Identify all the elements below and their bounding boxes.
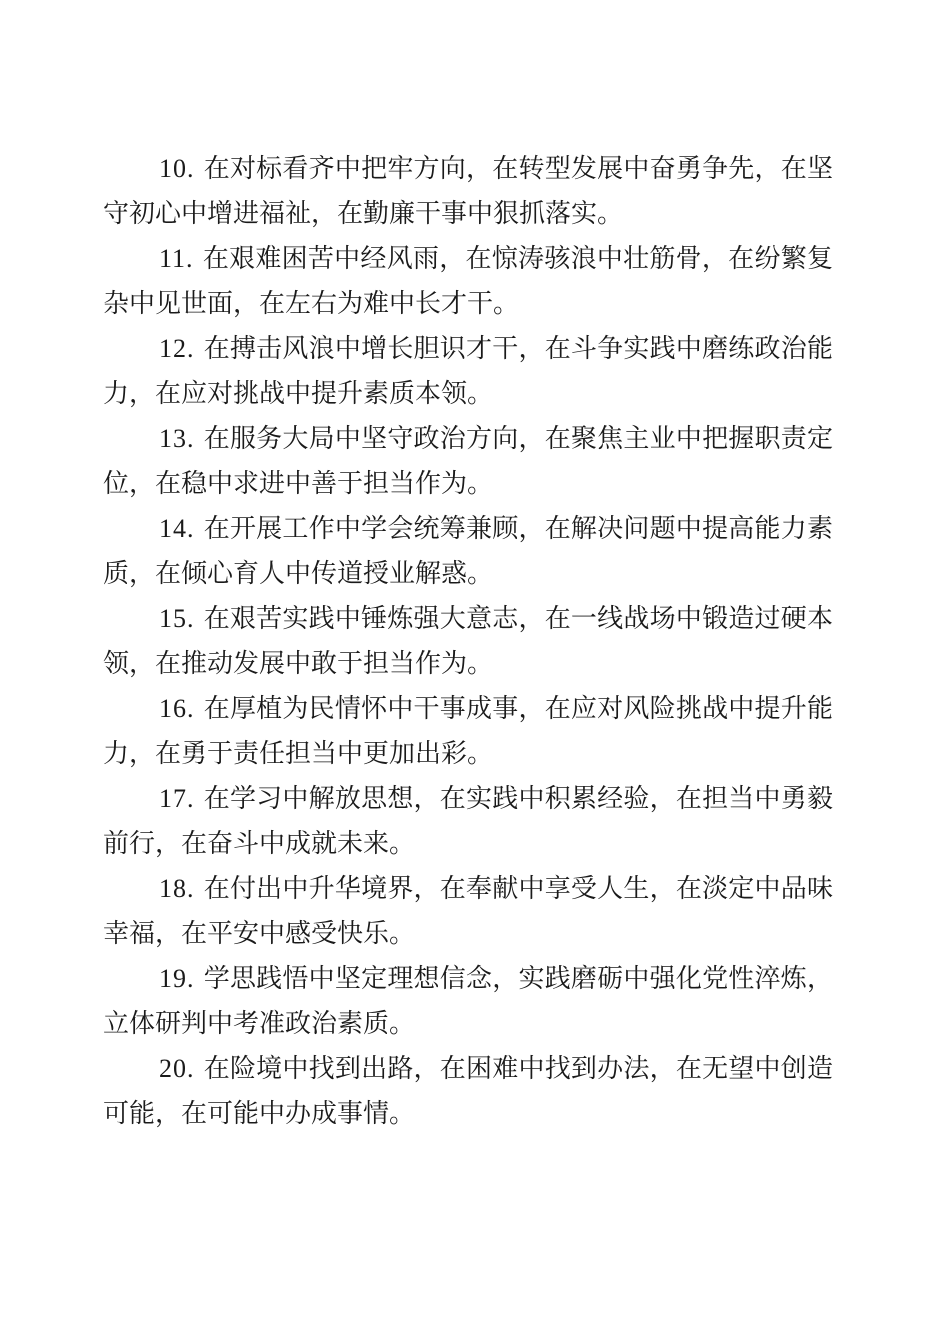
- item-text: 在付出中升华境界，在奉献中享受人生，在淡定中品味幸福，在平安中感受快乐。: [103, 874, 833, 948]
- item-number: 18.: [159, 874, 195, 903]
- list-item-16: 16.在厚植为民情怀中干事成事，在应对风险挑战中提升能力，在勇于责任担当中更加出…: [103, 686, 833, 776]
- item-text: 在学习中解放思想，在实践中积累经验，在担当中勇毅前行，在奋斗中成就未来。: [103, 784, 833, 858]
- item-number: 16.: [159, 694, 195, 723]
- list-item-18: 18.在付出中升华境界，在奉献中享受人生，在淡定中品味幸福，在平安中感受快乐。: [103, 866, 833, 956]
- item-text: 在险境中找到出路，在困难中找到办法，在无望中创造可能，在可能中办成事情。: [103, 1054, 833, 1128]
- list-item-15: 15.在艰苦实践中锤炼强大意志，在一线战场中锻造过硬本领，在推动发展中敢于担当作…: [103, 596, 833, 686]
- item-text: 在服务大局中坚守政治方向，在聚焦主业中把握职责定位，在稳中求进中善于担当作为。: [103, 424, 833, 498]
- list-item-12: 12.在搏击风浪中增长胆识才干，在斗争实践中磨练政治能力，在应对挑战中提升素质本…: [103, 326, 833, 416]
- item-number: 12.: [159, 334, 195, 363]
- item-text: 在开展工作中学会统筹兼顾，在解决问题中提高能力素质，在倾心育人中传道授业解惑。: [103, 514, 833, 588]
- item-text: 在艰苦实践中锤炼强大意志，在一线战场中锻造过硬本领，在推动发展中敢于担当作为。: [103, 604, 833, 678]
- list-item-19: 19.学思践悟中坚定理想信念，实践磨砺中强化党性淬炼，立体研判中考准政治素质。: [103, 956, 833, 1046]
- item-number: 17.: [159, 784, 195, 813]
- item-text: 在艰难困苦中经风雨，在惊涛骇浪中壮筋骨，在纷繁复杂中见世面，在左右为难中长才干。: [103, 244, 833, 318]
- document-page: 10.在对标看齐中把牢方向，在转型发展中奋勇争先，在坚守初心中增进福祉，在勤廉干…: [0, 0, 950, 1344]
- document-text-block: 10.在对标看齐中把牢方向，在转型发展中奋勇争先，在坚守初心中增进福祉，在勤廉干…: [103, 146, 833, 1136]
- item-number: 15.: [159, 604, 195, 633]
- item-text: 在搏击风浪中增长胆识才干，在斗争实践中磨练政治能力，在应对挑战中提升素质本领。: [103, 334, 833, 408]
- list-item-20: 20.在险境中找到出路，在困难中找到办法，在无望中创造可能，在可能中办成事情。: [103, 1046, 833, 1136]
- item-text: 在厚植为民情怀中干事成事，在应对风险挑战中提升能力，在勇于责任担当中更加出彩。: [103, 694, 833, 768]
- list-item-14: 14.在开展工作中学会统筹兼顾，在解决问题中提高能力素质，在倾心育人中传道授业解…: [103, 506, 833, 596]
- item-number: 10.: [159, 154, 195, 183]
- item-text: 在对标看齐中把牢方向，在转型发展中奋勇争先，在坚守初心中增进福祉，在勤廉干事中狠…: [103, 154, 833, 228]
- item-number: 11.: [159, 244, 194, 273]
- list-item-17: 17.在学习中解放思想，在实践中积累经验，在担当中勇毅前行，在奋斗中成就未来。: [103, 776, 833, 866]
- item-number: 20.: [159, 1054, 195, 1083]
- item-number: 13.: [159, 424, 195, 453]
- item-text: 学思践悟中坚定理想信念，实践磨砺中强化党性淬炼，立体研判中考准政治素质。: [103, 964, 833, 1038]
- list-item-11: 11.在艰难困苦中经风雨，在惊涛骇浪中壮筋骨，在纷繁复杂中见世面，在左右为难中长…: [103, 236, 833, 326]
- item-number: 14.: [159, 514, 195, 543]
- list-item-13: 13.在服务大局中坚守政治方向，在聚焦主业中把握职责定位，在稳中求进中善于担当作…: [103, 416, 833, 506]
- item-number: 19.: [159, 964, 195, 993]
- list-item-10: 10.在对标看齐中把牢方向，在转型发展中奋勇争先，在坚守初心中增进福祉，在勤廉干…: [103, 146, 833, 236]
